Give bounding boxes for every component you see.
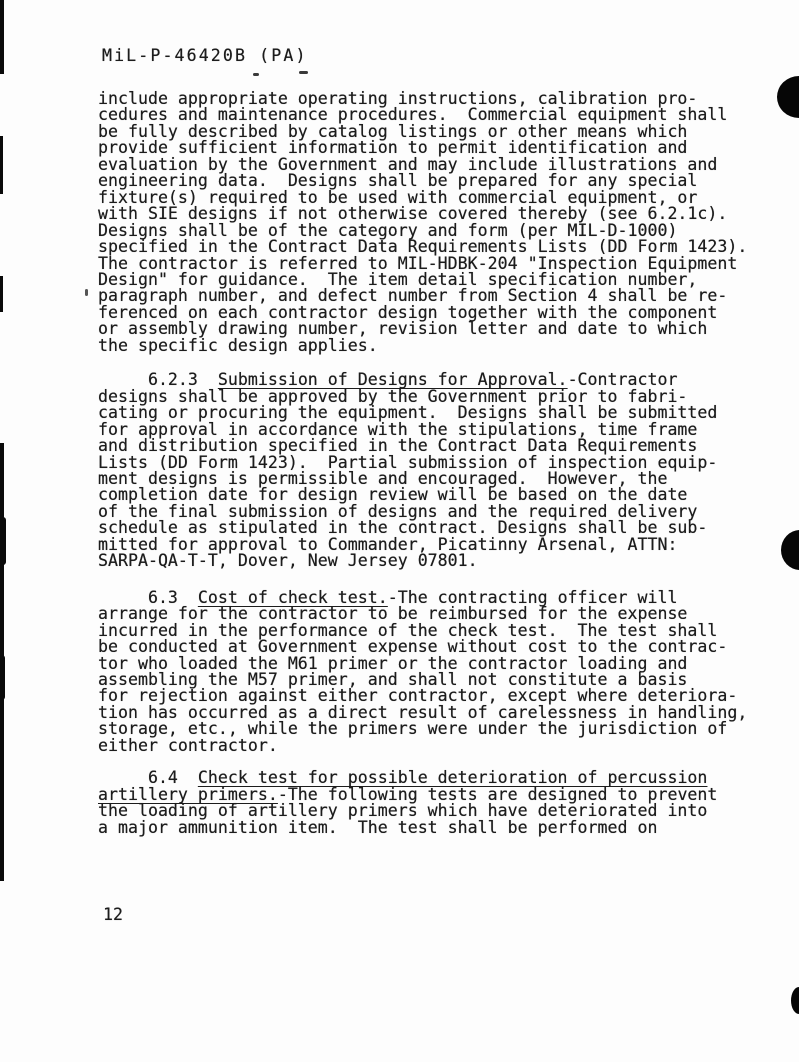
- scan-edge-bar: [0, 0, 4, 74]
- ink-speck: [85, 289, 88, 296]
- ink-speck: [253, 73, 259, 76]
- ink-speck: [299, 71, 308, 74]
- scan-edge-bar: [0, 517, 6, 565]
- scan-edge-bar: [0, 655, 5, 700]
- paragraph-text: include appropriate operating instructio…: [98, 89, 747, 355]
- paragraph-6-4: 6.4 Check test for possible deterioratio…: [98, 770, 778, 836]
- document-id-header: MiL-P-46420B (PA): [102, 47, 308, 64]
- scan-edge-bar: [0, 276, 3, 312]
- paragraph-text: -The contracting officer will arrange fo…: [98, 588, 747, 755]
- punch-hole-mark: [777, 76, 799, 118]
- paragraph-6-2-3: 6.2.3 Submission of Designs for Approval…: [98, 372, 778, 569]
- document-body: include appropriate operating instructio…: [98, 91, 778, 854]
- paragraph-text: -Contractor designs shall be approved by…: [98, 370, 717, 570]
- document-page: MiL-P-46420B (PA) include appropriate op…: [0, 0, 799, 1062]
- page-number: 12: [103, 906, 123, 923]
- scan-edge-bar: [0, 136, 3, 194]
- punch-hole-mark: [781, 530, 799, 570]
- punch-hole-mark: [791, 987, 799, 1014]
- paragraph-6-3: 6.3 Cost of check test.-The contracting …: [98, 590, 778, 755]
- paragraph-continuation: include appropriate operating instructio…: [98, 91, 778, 354]
